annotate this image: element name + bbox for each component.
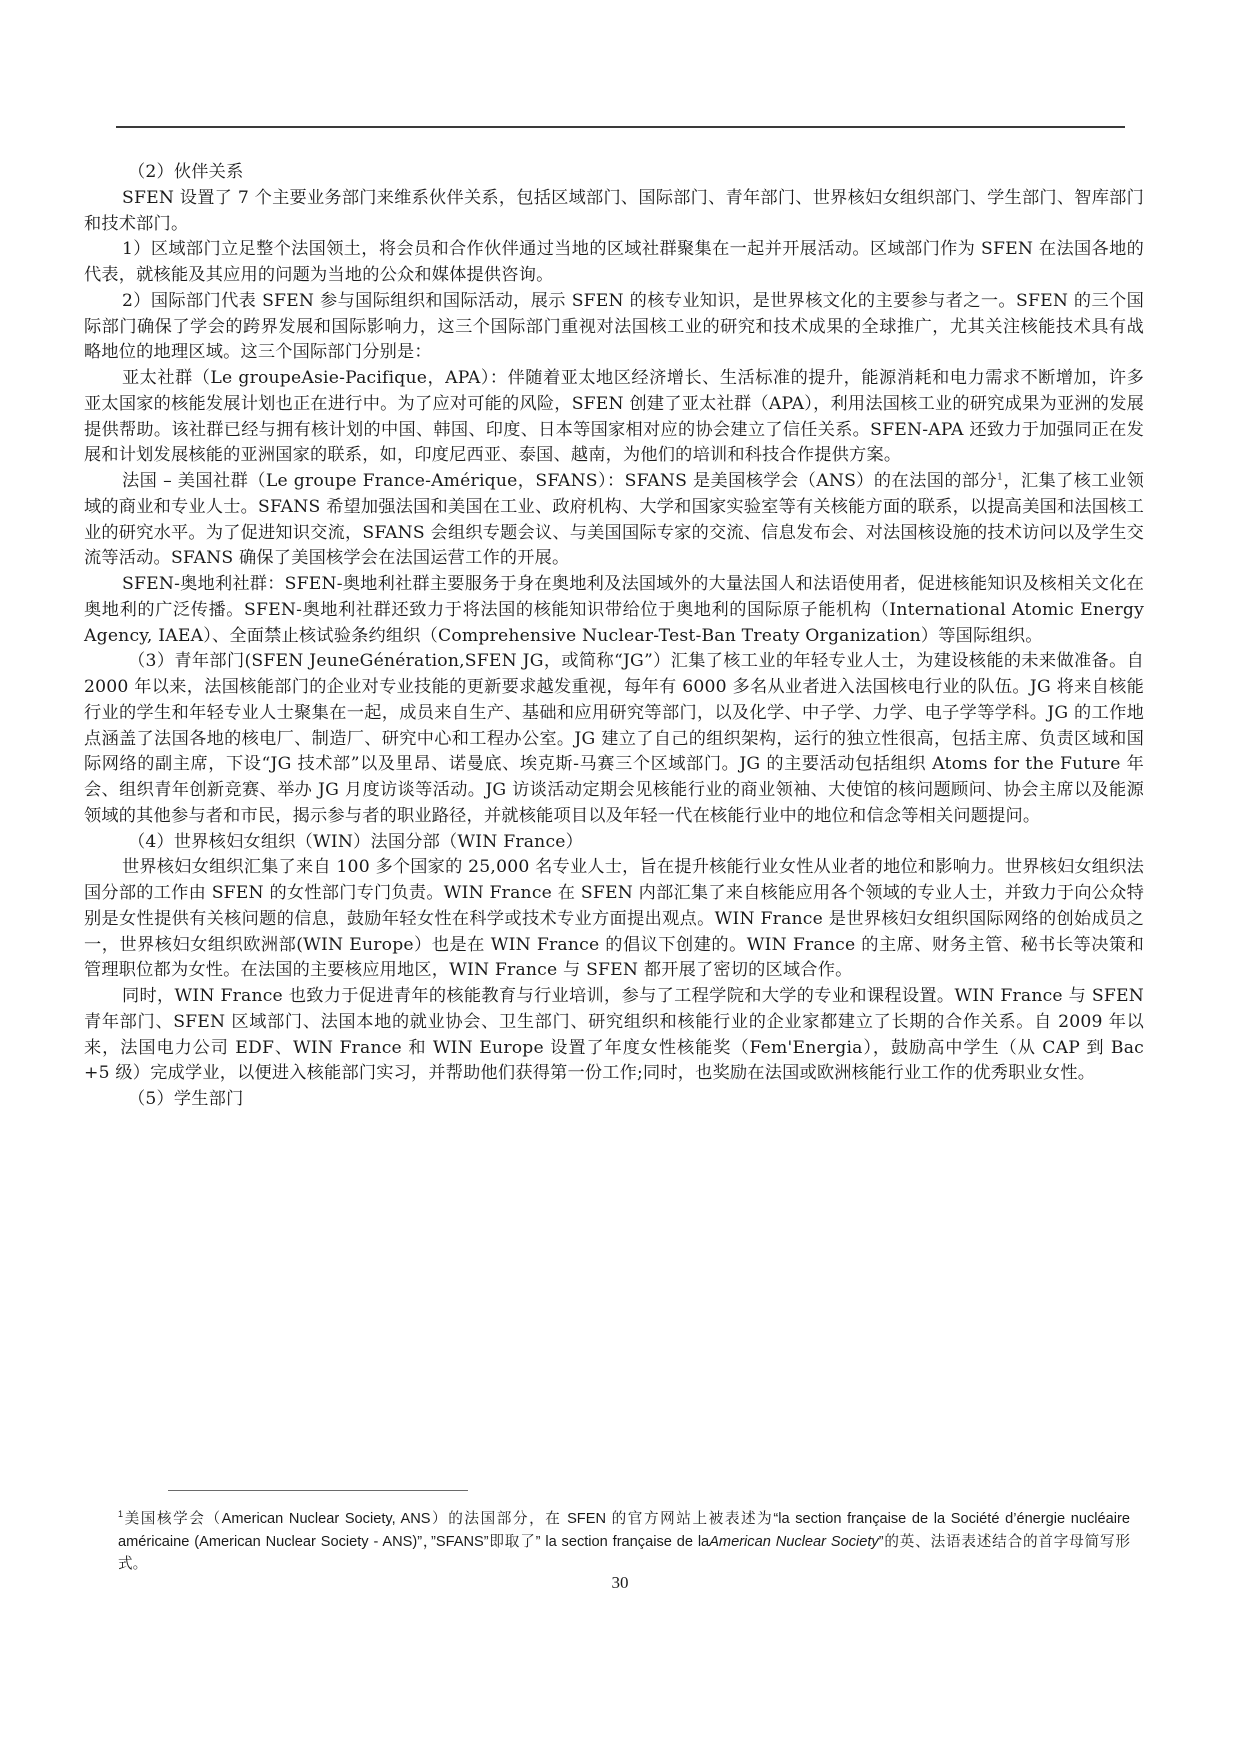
paragraph-sfans: 法国 – 美国社群（Le groupe France-Amérique，SFAN…: [84, 469, 1144, 572]
paragraph-international-department: 2）国际部门代表 SFEN 参与国际组织和国际活动，展示 SFEN 的核专业知识…: [84, 289, 1144, 366]
paragraph-intro: SFEN 设置了 7 个主要业务部门来维系伙伴关系，包括区域部门、国际部门、青年…: [84, 186, 1144, 238]
header-rule: [116, 126, 1125, 128]
sfans-text-1: 法国 – 美国社群（Le groupe France-Amérique，SFAN…: [122, 471, 997, 491]
document-body: （2）伙伴关系 SFEN 设置了 7 个主要业务部门来维系伙伴关系，包括区域部门…: [84, 160, 1144, 1113]
paragraph-regional-department: 1）区域部门立足整个法国领土，将会员和合作伙伴通过当地的区域社群聚集在一起并开展…: [84, 237, 1144, 289]
paragraph-win-2: 同时，WIN France 也致力于促进青年的核能教育与行业培训，参与了工程学院…: [84, 984, 1144, 1087]
page-number: 30: [600, 1573, 640, 1593]
paragraph-youth-department: （3）青年部门(SFEN JeuneGénération,SFEN JG，或简称…: [84, 649, 1144, 829]
heading-students: （5）学生部门: [84, 1087, 1144, 1113]
paragraph-apa: 亚太社群（Le groupeAsie-Pacifique，APA）：伴随着亚太地…: [84, 366, 1144, 469]
heading-partnership: （2）伙伴关系: [84, 160, 1144, 186]
heading-win-france: （4）世界核妇女组织（WIN）法国分部（WIN France）: [84, 830, 1144, 856]
footnote-italic-text: American Nuclear Society: [709, 1534, 879, 1550]
paragraph-win-1: 世界核妇女组织汇集了来自 100 多个国家的 25,000 名专业人士，旨在提升…: [84, 855, 1144, 984]
footnote-separator: [168, 1490, 468, 1491]
footnote: 1美国核学会（American Nuclear Society, ANS）的法国…: [118, 1508, 1130, 1576]
paragraph-austria: SFEN-奥地利社群：SFEN-奥地利社群主要服务于身在奥地利及法国域外的大量法…: [84, 572, 1144, 649]
